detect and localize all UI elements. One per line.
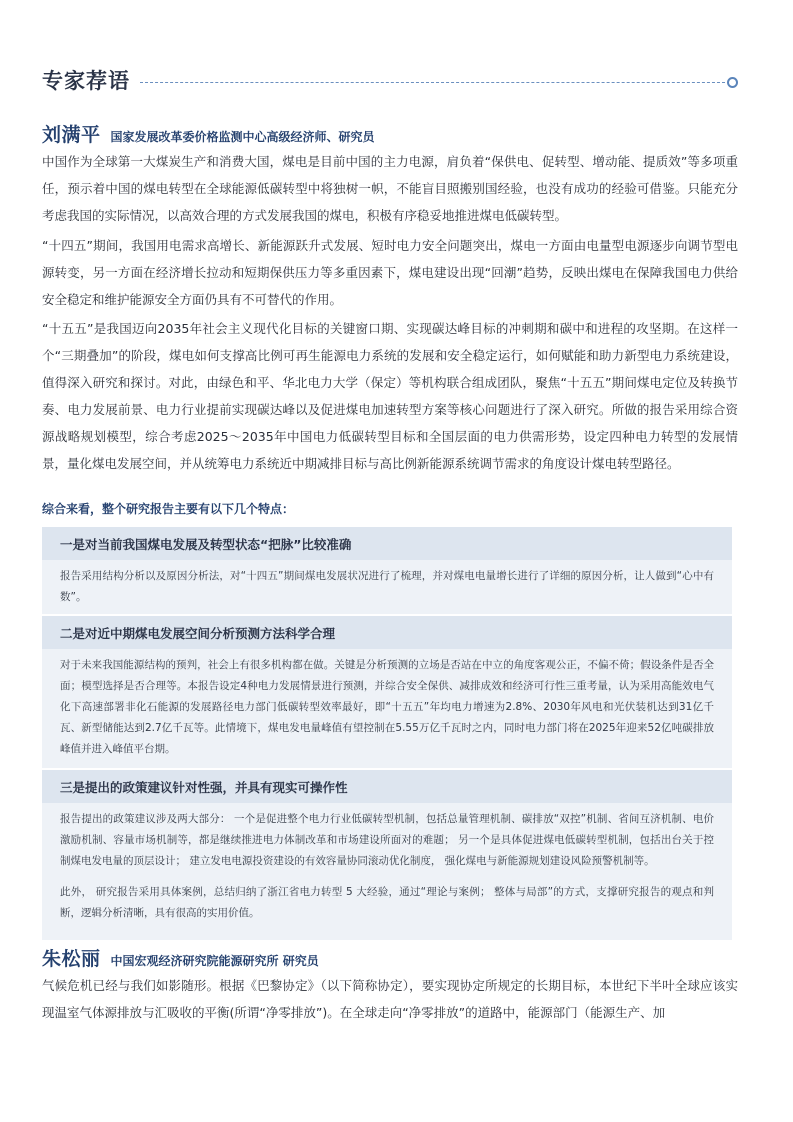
feature-body: 报告采用结构分析以及原因分析法，对“十四五”期间煤电发展状况进行了梳理，并对煤电… (42, 560, 732, 614)
circle-end-icon (727, 77, 738, 88)
features-list: 一是对当前我国煤电发展及转型状态“把脉”比较准确 报告采用结构分析以及原因分析法… (42, 527, 732, 940)
feature-text: 报告提出的政策建议涉及两大部分： 一个是促进整个电力行业低碳转型机制，包括总量管… (60, 809, 714, 872)
summary-label: 综合来看，整个研究报告主要有以下几个特点： (42, 500, 294, 517)
expert-title: 中国宏观经济研究院能源研究所 研究员 (111, 952, 319, 969)
feature-body: 对于未来我国能源结构的预判，社会上有很多机构都在做。关键是分析预测的立场是否站在… (42, 649, 732, 768)
expert-title: 国家发展改革委价格监测中心高级经济师、研究员 (111, 128, 375, 145)
feature-heading: 三是提出的政策建议针对性强，并具有现实可操作性 (42, 770, 732, 803)
paragraph: “十四五”期间，我国用电需求高增长、新能源跃升式发展、短时电力安全问题突出，煤电… (42, 232, 738, 313)
paragraph: “十五五”是我国迈向2035年社会主义现代化目标的关键窗口期、实现碳达峰目标的冲… (42, 315, 738, 477)
expert-name: 刘满平 (42, 120, 101, 147)
paragraph: 中国作为全球第一大煤炭生产和消费大国，煤电是目前中国的主力电源，肩负着“保供电、… (42, 148, 738, 229)
dashed-divider-icon (140, 82, 725, 83)
expert-heading: 朱松丽 中国宏观经济研究院能源研究所 研究员 (42, 944, 319, 971)
paragraph: 气候危机已经与我们如影随形。根据《巴黎协定》（以下简称协定），要实现协定所规定的… (42, 972, 738, 1026)
feature-text: 报告采用结构分析以及原因分析法，对“十四五”期间煤电发展状况进行了梳理，并对煤电… (60, 566, 714, 608)
expert-heading: 刘满平 国家发展改革委价格监测中心高级经济师、研究员 (42, 120, 375, 147)
feature-heading: 二是对近中期煤电发展空间分析预测方法科学合理 (42, 616, 732, 649)
feature-heading: 一是对当前我国煤电发展及转型状态“把脉”比较准确 (42, 527, 732, 560)
expert-name: 朱松丽 (42, 944, 101, 971)
feature-body: 报告提出的政策建议涉及两大部分： 一个是促进整个电力行业低碳转型机制，包括总量管… (42, 803, 732, 940)
section-header: 专家荐语 (42, 64, 738, 96)
feature-text: 此外， 研究报告采用具体案例，总结归纳了浙江省电力转型 5 大经验，通过“理论与… (60, 882, 714, 924)
section-title: 专家荐语 (42, 65, 130, 95)
feature-text: 对于未来我国能源结构的预判，社会上有很多机构都在做。关键是分析预测的立场是否站在… (60, 655, 714, 760)
